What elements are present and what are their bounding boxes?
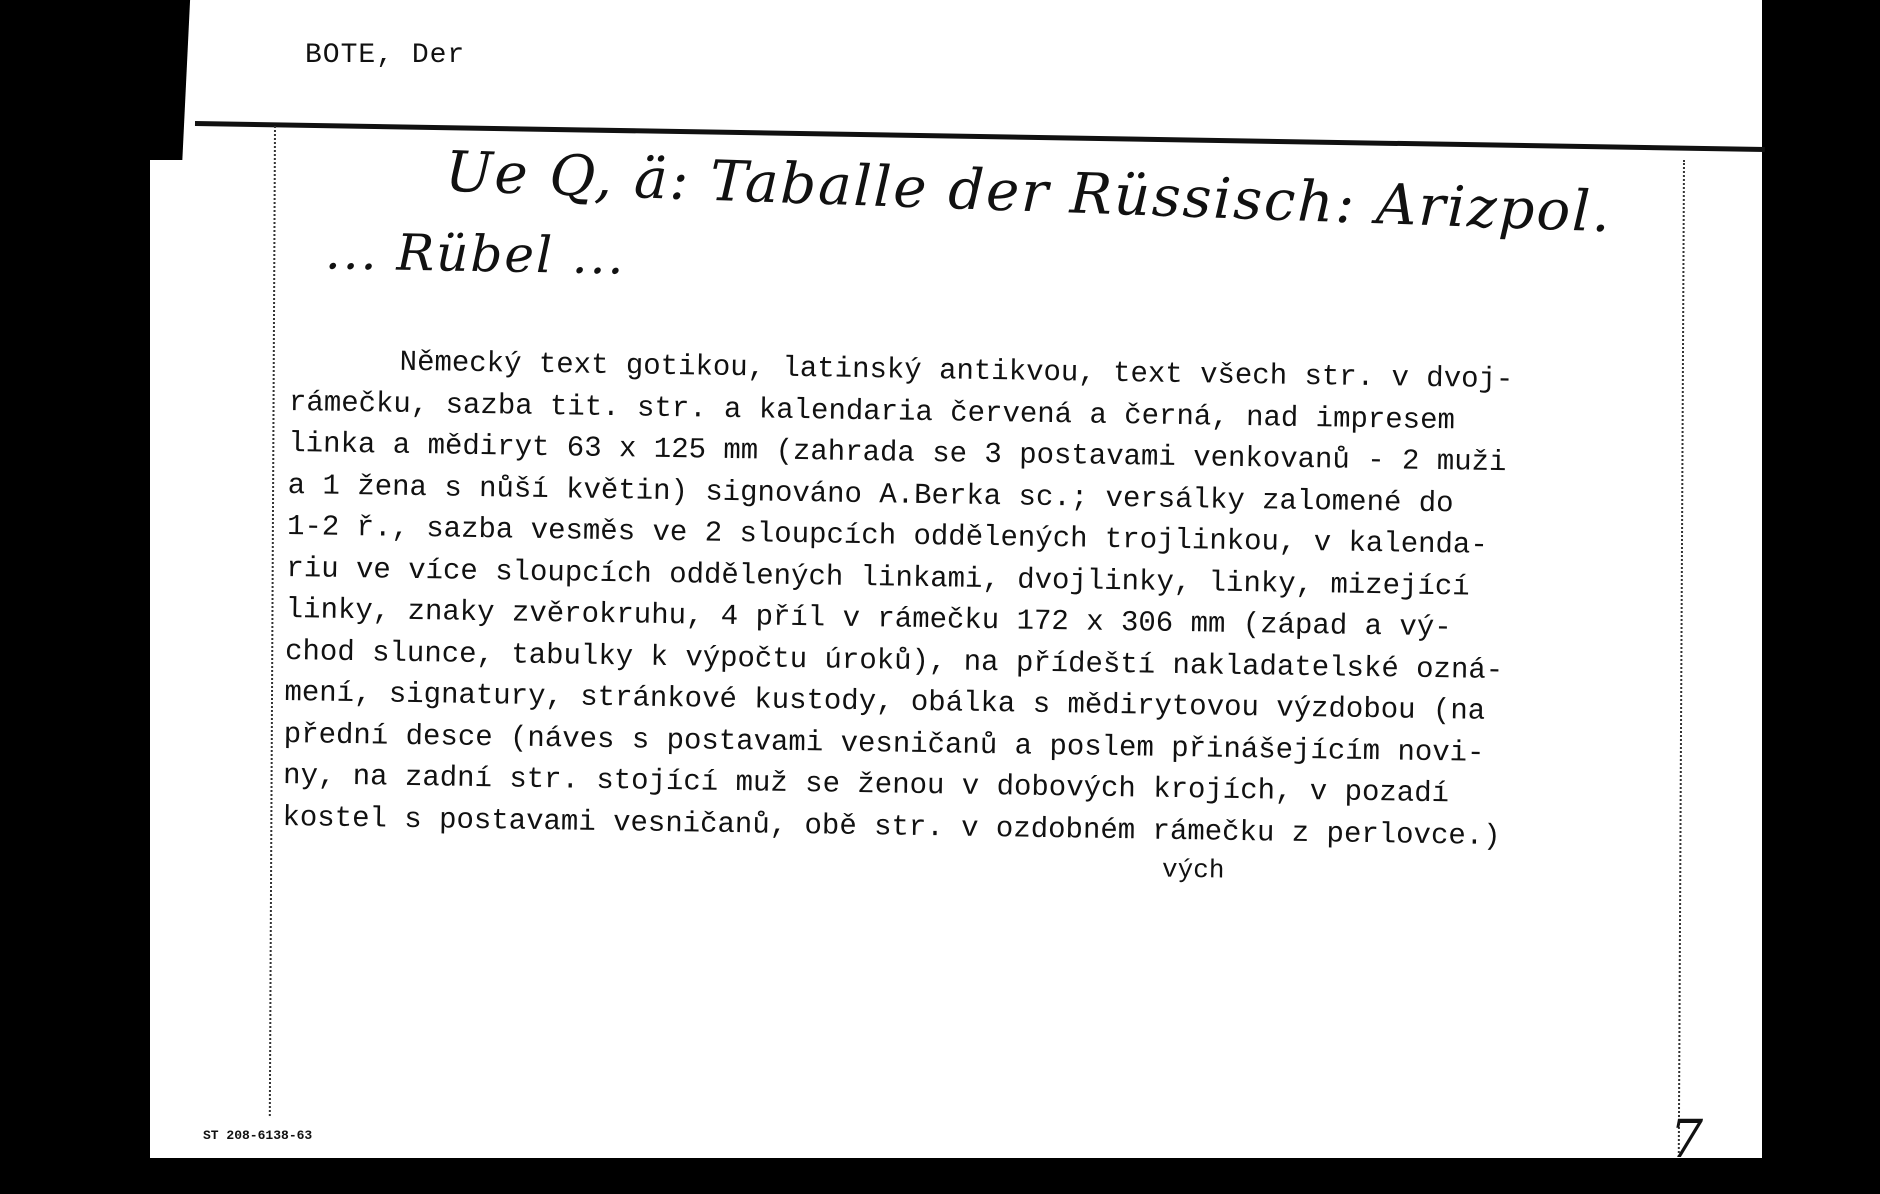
handwritten-note-line-2: ... Rübel ... xyxy=(325,222,627,285)
card-left-edge xyxy=(150,160,190,1160)
card-heading: BOTE, Der xyxy=(305,40,465,71)
description-text: Německý text gotikou, latinský antikvou,… xyxy=(282,340,1690,860)
overtyped-correction: vých xyxy=(1162,855,1225,886)
footer-code: ST 208-6138-63 xyxy=(203,1128,312,1143)
scan-border xyxy=(0,1158,1880,1194)
